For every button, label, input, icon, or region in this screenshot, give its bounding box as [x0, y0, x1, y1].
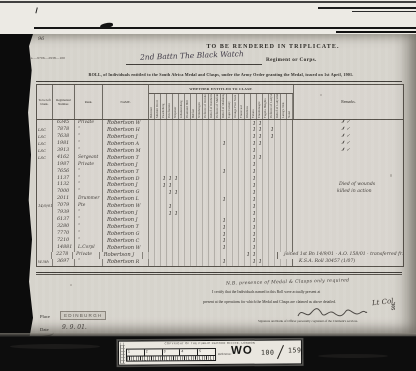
- cell-margin-note: [37, 182, 53, 189]
- table-row: W.5th3697”Robertson R111K.S.A. Roll 3045…: [37, 259, 403, 266]
- cell-name-initial: T: [134, 156, 139, 161]
- clasp-column-label: Belmont: [149, 107, 153, 118]
- table-row: 6345PrivateRobertson W11✗ ✓: [37, 120, 403, 127]
- cell-margin-note: LSC: [37, 148, 53, 155]
- film-scratch-line: [0, 1, 416, 3]
- cell-margin-note: LSC: [37, 141, 53, 148]
- table-row: LSC1981”Robertson A111✗ ✓: [37, 141, 403, 148]
- cell-clasp-ticks: 11: [149, 155, 293, 162]
- clasp-tick: 1: [223, 232, 227, 238]
- cell-rank: ”: [75, 259, 103, 266]
- clasp-tick: 1: [253, 183, 257, 189]
- cell-name: Robertson J: [103, 217, 149, 224]
- cell-clasp-ticks: 111: [149, 210, 293, 217]
- cell-rank: ”: [75, 141, 103, 148]
- film-edge-bar: [336, 31, 416, 33]
- clasp-tick: 1: [223, 259, 227, 265]
- cell-rank: ”: [75, 217, 103, 224]
- table-body: 6345PrivateRobertson W11✗ ✓LSC7878”Rober…: [37, 120, 403, 266]
- cell-rank: ”: [75, 210, 103, 217]
- place-stamp: EDINBURGH: [60, 311, 106, 320]
- cell-regimental-number: 7638: [53, 134, 75, 141]
- clasp-column-label: Natal: [287, 111, 291, 118]
- cell-name-initial: M: [134, 149, 140, 154]
- clasp-tick: 1: [253, 127, 257, 133]
- cell-regimental-number: 1987: [53, 162, 75, 169]
- clasp-column-label: Elandslaagte: [257, 101, 261, 118]
- cell-remarks: [293, 245, 403, 252]
- clasp-tick: 1: [253, 252, 257, 258]
- cell-clasp-ticks: 1111: [149, 176, 293, 183]
- whether-entitled-to-clasp-band: WHETHER ENTITLED TO CLASP.: [149, 85, 293, 94]
- scan-speck: [320, 94, 322, 96]
- cell-name: Robertson G: [103, 189, 149, 196]
- header-remarks: Remarks.: [294, 85, 403, 119]
- clasp-tick: 1: [253, 225, 257, 231]
- cell-name-initial: W: [134, 204, 140, 209]
- clasp-column-label: Defence of Kimberley: [203, 94, 207, 118]
- page-side-number: 305: [389, 303, 394, 311]
- table-bottom-rule: [36, 272, 402, 273]
- corner-handwritten-note: 96: [38, 36, 44, 42]
- cell-remarks: [293, 224, 403, 231]
- cell-name-initial: T: [134, 170, 139, 175]
- clasp-column-label: Cape Colony: [227, 101, 231, 118]
- film-smudge: [10, 344, 100, 349]
- cell-remarks: [293, 231, 403, 238]
- cell-name: Robertson J: [100, 252, 143, 259]
- stamp-checker-grid: [120, 343, 125, 364]
- cell-name-initial: G: [134, 190, 139, 195]
- cell-margin-note: [37, 162, 53, 169]
- reference-piece-top: 100: [261, 349, 275, 357]
- cell-clasp-ticks: 11: [149, 245, 293, 252]
- cell-clasp-ticks: 111: [149, 189, 293, 196]
- clasp-tick: 1: [223, 169, 227, 175]
- cell-margin-note: [37, 238, 53, 245]
- cell-name-initial: C: [134, 239, 139, 244]
- cell-remarks: joined 1st Bn 14/9/01 · A.O. 158/01 · tr…: [278, 252, 403, 259]
- cell-name: Robertson L: [103, 196, 149, 203]
- cell-regimental-number: 7210: [53, 238, 75, 245]
- clasp-tick: 1: [253, 169, 257, 175]
- regiment-or-corps-label: Regiment or Corps.: [266, 57, 317, 63]
- cell-name: Robertson G: [103, 231, 149, 238]
- cell-margin-note: 14/9/01: [37, 203, 53, 210]
- clasp-tick: 1: [271, 127, 275, 133]
- cell-rank: Private: [75, 120, 103, 127]
- cell-regimental-number: 7770: [53, 231, 75, 238]
- ruler-number-cell: 2: [145, 349, 163, 355]
- cell-clasp-ticks: 111: [149, 259, 293, 266]
- film-leader-strip: [0, 0, 416, 34]
- clasp-column-label: Rhodesia: [245, 106, 249, 118]
- clasp-tick: 1: [253, 176, 257, 182]
- clasp-column-label: Laing's Nek: [281, 102, 285, 118]
- clasp-tick: 1: [175, 211, 179, 217]
- roll-description-line: ROLL, of Individuals entitled to the Sou…: [56, 72, 386, 77]
- cell-regimental-number: 3697: [53, 259, 75, 266]
- cell-rank: ”: [75, 189, 103, 196]
- reference-piece-bottom: 159: [288, 346, 302, 354]
- table-row: 1987PrivateRobertson J1: [37, 162, 403, 169]
- cell-remarks: [293, 203, 403, 210]
- clasp-tick: 1: [169, 211, 173, 217]
- clasp-tick: 1: [253, 238, 257, 244]
- cell-name-initial: J: [131, 253, 134, 258]
- cell-remarks: ✗ ✓: [293, 141, 403, 148]
- cell-name: Robertson R: [103, 259, 149, 266]
- clasp-tick: 1: [175, 190, 179, 196]
- certify-line-2: present at the operations for which the …: [203, 300, 336, 304]
- cell-name-initial: W: [134, 121, 140, 126]
- cell-regimental-number: 7878: [53, 127, 75, 134]
- film-edge-left: [0, 34, 33, 336]
- clasp-tick: 1: [169, 190, 173, 196]
- clasp-tick: 1: [223, 218, 227, 224]
- cell-rank: ”: [75, 231, 103, 238]
- clasp-tick: 1: [163, 176, 167, 182]
- reference-slash: [277, 345, 284, 359]
- cell-rank: Pte: [75, 203, 103, 210]
- cell-remarks: ✗ ✓: [293, 127, 403, 134]
- table-header-row: To be left blank. Regimental Number. Ran…: [37, 85, 403, 120]
- clasp-column-label: Wepener: [173, 107, 177, 118]
- cell-name: Robertson T: [103, 224, 149, 231]
- table-row: 7210”Robertson C11: [37, 238, 403, 245]
- clasp-tick: 1: [175, 176, 179, 182]
- cell-regimental-number: 3913: [53, 148, 75, 155]
- cell-margin-note: [37, 252, 52, 259]
- header-regimental-number: Regimental Number.: [53, 85, 75, 119]
- film-scratch-line: [352, 11, 416, 12]
- table-row: 3280”Robertson T11: [37, 224, 403, 231]
- clasp-tick: 1: [259, 134, 263, 140]
- ruler-number-cell: 1: [127, 349, 145, 355]
- cell-rank: ”: [75, 134, 103, 141]
- document-page: 96 C s.a.a.—9706—2938—100 TO BE RENDERED…: [0, 34, 416, 336]
- clasp-tick: 1: [259, 155, 263, 161]
- cell-clasp-ticks: 11: [143, 252, 278, 259]
- table-row: LSC7878”Robertson H111✗ ✓: [37, 127, 403, 134]
- cell-name-initial: G: [134, 232, 139, 237]
- cell-regimental-number: 6345: [53, 120, 75, 127]
- cell-clasp-ticks: 111: [149, 127, 293, 134]
- clasp-column-label: Diamond Hill: [185, 100, 189, 118]
- cell-name-initial: J: [134, 211, 137, 216]
- clasp-tick: 1: [253, 245, 257, 251]
- cell-remarks: [293, 210, 403, 217]
- clasp-tick: 1: [223, 225, 227, 231]
- cell-remarks: [293, 217, 403, 224]
- cell-name-initial: W: [134, 246, 140, 251]
- cell-clasp-ticks: 111: [149, 182, 293, 189]
- cell-margin-note: [37, 196, 53, 203]
- clasp-column-label: Modder River: [155, 100, 159, 118]
- cell-rank: Private: [75, 162, 103, 169]
- signature-caption: Signature and Rank of Officer personally…: [258, 319, 358, 323]
- cell-clasp-ticks: 111: [149, 141, 293, 148]
- cell-margin-note: [37, 169, 53, 176]
- cell-rank: ”: [75, 224, 103, 231]
- clasp-column-label: Relief of Kimberley: [209, 94, 213, 118]
- cell-remarks: ✗ ✓: [293, 120, 403, 127]
- cell-name-initial: A: [134, 142, 139, 147]
- ruler-ticks: [127, 355, 215, 360]
- cell-name: Robertson J: [103, 182, 149, 189]
- cell-name-initial: J: [134, 135, 137, 140]
- clasp-tick: 1: [253, 204, 257, 210]
- reference-label: Reference:: [218, 352, 232, 356]
- clasp-tick: 1: [247, 252, 251, 258]
- cell-rank: Drummer: [75, 196, 103, 203]
- cell-rank: ”: [75, 148, 103, 155]
- header-to-be-left-blank: To be left blank.: [37, 85, 53, 119]
- ruler-number-cell: 3: [163, 349, 181, 355]
- clasp-tick: 1: [223, 238, 227, 244]
- film-scratch-line: [318, 7, 416, 9]
- cell-rank: Sergeant: [75, 155, 103, 162]
- cell-regimental-number: 4162: [53, 155, 75, 162]
- certify-line-1: I certify that the Individuals named in …: [212, 290, 404, 294]
- cell-name: Robertson H: [103, 127, 149, 134]
- cell-rank: ”: [75, 169, 103, 176]
- clasp-tick: 1: [253, 155, 257, 161]
- cell-clasp-ticks: 11: [149, 217, 293, 224]
- clasp-column-label: Driefontein: [167, 103, 171, 118]
- clasp-column-label: Paardeberg: [161, 104, 165, 118]
- date-handwritten-value: 9. 9. 01.: [62, 324, 87, 331]
- microfilm-scan: 96 C s.a.a.—9706—2938—100 TO BE RENDERED…: [0, 0, 416, 371]
- cell-clasp-ticks: 111: [149, 134, 293, 141]
- clasp-tick: 1: [253, 197, 257, 203]
- cell-rank: L.Corpl: [75, 245, 103, 252]
- cell-name-initial: J: [134, 163, 137, 168]
- cell-regimental-number: 2278: [52, 252, 73, 259]
- clasp-tick: 1: [169, 204, 173, 210]
- cell-remarks: K.S.A. Roll 30457 (1/07): [293, 259, 403, 266]
- cell-name: Robertson M: [103, 148, 149, 155]
- clasp-tick: 1: [223, 141, 227, 147]
- cell-regimental-number: 1981: [53, 141, 75, 148]
- cell-remarks: [293, 169, 403, 176]
- cell-margin-note: [37, 210, 53, 217]
- cell-margin-note: [37, 217, 53, 224]
- clasp-column-label: Talana: [251, 109, 255, 118]
- clasp-tick: 1: [259, 141, 263, 147]
- cell-remarks: ✗ ✓: [293, 148, 403, 155]
- cell-margin-note: W.5th: [37, 259, 53, 266]
- table-row: LSC7638”Robertson J111✗ ✓: [37, 134, 403, 141]
- cell-remarks: [293, 196, 403, 203]
- cell-clasp-ticks: 11: [149, 231, 293, 238]
- clasp-column-label: Wittebergen: [197, 102, 201, 118]
- clasp-tick: 1: [169, 183, 173, 189]
- cell-clasp-ticks: 11: [149, 224, 293, 231]
- cell-name-initial: L: [134, 197, 139, 202]
- clasp-tick: 1: [223, 197, 227, 203]
- clasp-tick: 1: [253, 190, 257, 196]
- cell-clasp-ticks: 11: [149, 238, 293, 245]
- ruler-number-cell: 5: [198, 348, 215, 354]
- cell-clasp-ticks: 11: [149, 169, 293, 176]
- table-row: 2278PrivateRobertson J11joined 1st Bn 14…: [37, 252, 403, 259]
- cell-rank: ”: [75, 176, 103, 183]
- clasp-tick: 1: [253, 232, 257, 238]
- unit-name-rule: [126, 64, 262, 65]
- table-row: 2011DrummerRobertson L11: [37, 196, 403, 203]
- stamp-ruler: 12345: [126, 347, 216, 361]
- cell-margin-note: [37, 120, 53, 127]
- cell-name-initial: T: [134, 225, 139, 230]
- table-row: 7939”Robertson J111: [37, 210, 403, 217]
- clasp-tick: 1: [253, 134, 257, 140]
- scan-speck: [390, 174, 392, 177]
- cell-remarks: [293, 238, 403, 245]
- cell-rank: ”: [75, 127, 103, 134]
- film-smudge: [318, 354, 388, 358]
- cell-margin-note: [37, 176, 53, 183]
- table-row: 7770”Robertson G11: [37, 231, 403, 238]
- cell-margin-note: [37, 224, 53, 231]
- cell-clasp-ticks: 11: [149, 203, 293, 210]
- clasp-tick: 1: [259, 121, 263, 127]
- cell-margin-note: [37, 189, 53, 196]
- nb-handwritten-note: N.B. presence of Medal & Clasps only req…: [226, 278, 349, 286]
- film-edge-bar: [34, 27, 416, 29]
- cell-margin-note: LSC: [37, 155, 53, 162]
- cell-remarks: [293, 162, 403, 169]
- cell-name-initial: J: [134, 218, 137, 223]
- clasp-column-label: Relief of Ladysmith: [275, 94, 279, 118]
- pro-reference-stamp: COPYRIGHT OF THE PUBLIC RECORD OFFICE, L…: [118, 339, 302, 365]
- clasp-column-label: Tugela Heights: [263, 98, 267, 118]
- cell-clasp-ticks: 11: [149, 196, 293, 203]
- cell-rank: Private: [73, 252, 100, 259]
- header-name: NAME.: [103, 85, 149, 119]
- clasp-tick: 1: [163, 183, 167, 189]
- table-bottom-rule-2: [36, 274, 402, 275]
- reference-series: WO: [231, 345, 253, 357]
- cell-name: Robertson W: [103, 120, 149, 127]
- clasp-column-header: Natal: [287, 94, 293, 119]
- cell-rank: ”: [75, 182, 103, 189]
- clasp-tick: 1: [253, 141, 257, 147]
- clasp-column-label: Defence of Mafeking: [215, 94, 219, 118]
- cell-name: Robertson J: [103, 162, 149, 169]
- table-row: 7000”Robertson G111killed in action: [37, 189, 403, 196]
- clasp-tick: 1: [259, 259, 263, 265]
- cell-name: Robertson C: [103, 238, 149, 245]
- film-pen-mark: [35, 7, 42, 14]
- cell-margin-note: LSC: [37, 134, 53, 141]
- form-title: TO BE RENDERED IN TRIPLICATE.: [168, 44, 378, 50]
- table-row: 7656”Robertson T11: [37, 169, 403, 176]
- table-row: LSC4162SergeantRobertson T11: [37, 155, 403, 162]
- unit-name-handwritten: 2nd Battn The Black Watch: [140, 49, 244, 62]
- cell-rank: ”: [75, 238, 103, 245]
- clasp-tick: 1: [253, 211, 257, 217]
- cell-name: Robertson T: [103, 155, 149, 162]
- table-row: 14881L.CorplRobertson W11: [37, 245, 403, 252]
- cell-name: Robertson W: [103, 203, 149, 210]
- cell-remarks: ✗ ✓: [293, 134, 403, 141]
- cell-remarks: [293, 155, 403, 162]
- clasp-tick: 1: [253, 259, 257, 265]
- cell-regimental-number: 7656: [53, 169, 75, 176]
- cell-name: Robertson J: [103, 210, 149, 217]
- cell-name: Robertson D: [103, 176, 149, 183]
- cell-regimental-number: 3280: [53, 224, 75, 231]
- cell-name-initial: H: [134, 128, 140, 133]
- clasp-column-label: Relief of Mafeking: [221, 94, 225, 118]
- cell-clasp-ticks: 11: [149, 120, 293, 127]
- cell-name: Robertson J: [103, 134, 149, 141]
- table-row: LSC3913”Robertson M1✗ ✓: [37, 148, 403, 155]
- clasp-tick: 1: [223, 245, 227, 251]
- clasp-column-label: Transvaal: [239, 105, 243, 118]
- clasp-column-label: Defence of Ladysmith: [269, 94, 273, 118]
- clasp-tick: 1: [253, 162, 257, 168]
- scan-speck: [70, 284, 72, 286]
- cell-clasp-ticks: 1: [149, 148, 293, 155]
- cell-name-initial: R: [134, 260, 139, 265]
- cell-name: Robertson W: [103, 245, 149, 252]
- clasp-tick: 1: [169, 176, 173, 182]
- clasp-tick: 1: [253, 218, 257, 224]
- place-label: Place: [40, 314, 50, 319]
- cell-name: Robertson A: [103, 141, 149, 148]
- medal-roll-table: To be left blank. Regimental Number. Ran…: [36, 84, 404, 267]
- cell-remarks: killed in action: [293, 189, 403, 196]
- cell-margin-note: [37, 245, 53, 252]
- cell-clasp-ticks: 1: [149, 162, 293, 169]
- clasp-header-group: WHETHER ENTITLED TO CLASP. BelmontModder…: [149, 85, 294, 119]
- cell-margin-note: [37, 231, 53, 238]
- cell-margin-note: LSC: [37, 127, 53, 134]
- ruler-number-cell: 4: [180, 349, 198, 355]
- header-rank: Rank.: [75, 85, 103, 119]
- cell-name-initial: J: [134, 183, 137, 188]
- roll-underline: [36, 81, 402, 82]
- clasp-columns: BelmontModder RiverPaardebergDriefontein…: [149, 94, 293, 119]
- table-row: 6137”Robertson J11: [37, 217, 403, 224]
- clasp-tick: 1: [259, 127, 263, 133]
- cell-name-initial: D: [134, 177, 139, 182]
- clasp-column-label: Johannesburg: [179, 100, 183, 118]
- table-row: 14/9/017079PteRobertson W11: [37, 203, 403, 210]
- clasp-tick: 1: [271, 134, 275, 140]
- clasp-column-label: Belfast: [191, 109, 195, 118]
- clasp-column-label: Orange Free State: [233, 95, 237, 118]
- cell-name: Robertson T: [103, 169, 149, 176]
- cell-regimental-number: 14881: [53, 245, 75, 252]
- clasp-tick: 1: [253, 121, 257, 127]
- clasp-tick: 1: [253, 148, 257, 154]
- stamp-copyright-line: COPYRIGHT OF THE PUBLIC RECORD OFFICE, L…: [119, 341, 301, 345]
